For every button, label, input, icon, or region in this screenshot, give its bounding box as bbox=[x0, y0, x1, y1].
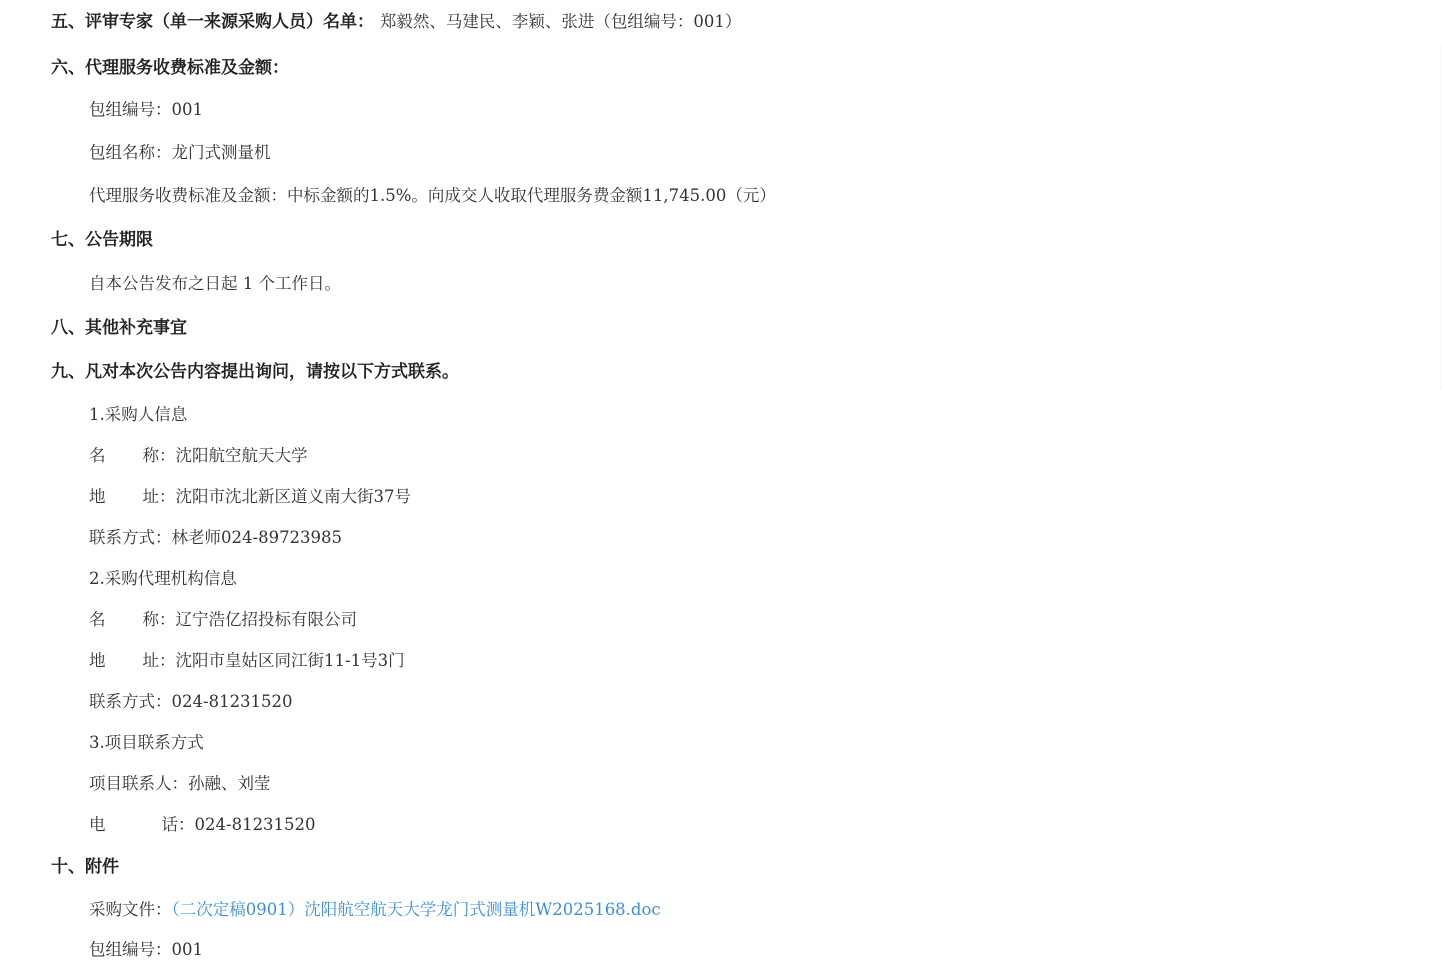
procurement-file-row: 采购文件：（二次定稿0901）沈阳航空航天大学龙门式测量机W2025168.do… bbox=[89, 898, 661, 922]
purchaser-contact-row: 联系方式：林老师024-89723985 bbox=[89, 526, 342, 550]
label: 项目联系人： bbox=[89, 774, 188, 793]
agency-address: 沈阳市皇姑区同江街11-1号3门 bbox=[176, 651, 405, 670]
package-number: 包组编号：001 bbox=[89, 98, 203, 122]
section5-heading: 五、评审专家（单一来源采购人员）名单： 郑毅然、马建民、李颖、张进（包组编号：0… bbox=[51, 10, 741, 34]
announcement-period: 自本公告发布之日起 1 个工作日。 bbox=[89, 272, 341, 296]
scrollbar-track[interactable] bbox=[1437, 45, 1442, 390]
label: 话： bbox=[162, 815, 195, 834]
purchaser-address-row: 地址：沈阳市沈北新区道义南大街37号 bbox=[89, 485, 411, 509]
purchaser-name-row: 名称：沈阳航空航天大学 bbox=[89, 444, 308, 468]
agency-name-row: 名称：辽宁浩亿招投标有限公司 bbox=[89, 608, 357, 632]
section9-heading: 九、凡对本次公告内容提出询问，请按以下方式联系。 bbox=[51, 360, 459, 384]
package-name: 包组名称：龙门式测量机 bbox=[89, 141, 271, 165]
agency-contact-row: 联系方式：024-81231520 bbox=[89, 690, 293, 714]
label: 称： bbox=[143, 610, 176, 629]
agency-address-row: 地址：沈阳市皇姑区同江街11-1号3门 bbox=[89, 649, 405, 673]
project-contact-title: 3.项目联系方式 bbox=[89, 731, 204, 755]
procurement-file-link[interactable]: （二次定稿0901）沈阳航空航天大学龙门式测量机W2025168.doc bbox=[172, 900, 661, 919]
agency-fee: 代理服务收费标准及金额：中标金额的1.5%。向成交人收取代理服务费金额11,74… bbox=[89, 184, 776, 208]
label: 联系方式： bbox=[89, 692, 172, 711]
agency-name: 辽宁浩亿招投标有限公司 bbox=[176, 610, 358, 629]
purchaser-address: 沈阳市沈北新区道义南大街37号 bbox=[176, 487, 412, 506]
label: 名 bbox=[89, 610, 106, 629]
section8-heading: 八、其他补充事宜 bbox=[51, 316, 187, 340]
expert-list: 郑毅然、马建民、李颖、张进（包组编号：001） bbox=[380, 12, 742, 31]
project-phone: 024-81231520 bbox=[195, 815, 316, 834]
label: 名 bbox=[89, 446, 106, 465]
purchaser-name: 沈阳航空航天大学 bbox=[176, 446, 308, 465]
section6-heading: 六、代理服务收费标准及金额： bbox=[51, 56, 289, 80]
label: 采购文件： bbox=[89, 900, 172, 919]
agency-info-title: 2.采购代理机构信息 bbox=[89, 567, 237, 591]
project-contact-person: 孙融、刘莹 bbox=[188, 774, 271, 793]
project-contact-person-row: 项目联系人：孙融、刘莹 bbox=[89, 772, 271, 796]
label: 地 bbox=[89, 651, 106, 670]
purchaser-contact: 林老师024-89723985 bbox=[172, 528, 343, 547]
section7-heading: 七、公告期限 bbox=[51, 228, 153, 252]
section5-title: 五、评审专家（单一来源采购人员）名单： bbox=[51, 12, 374, 32]
attachment-package-number: 包组编号：001 bbox=[89, 938, 203, 962]
project-phone-row: 电话：024-81231520 bbox=[89, 813, 316, 837]
label: 电 bbox=[89, 815, 106, 834]
agency-contact: 024-81231520 bbox=[172, 692, 293, 711]
label: 地 bbox=[89, 487, 106, 506]
label: 址： bbox=[143, 651, 176, 670]
section10-heading: 十、附件 bbox=[51, 855, 119, 879]
label: 址： bbox=[143, 487, 176, 506]
label: 联系方式： bbox=[89, 528, 172, 547]
label: 称： bbox=[143, 446, 176, 465]
purchaser-info-title: 1.采购人信息 bbox=[89, 403, 187, 427]
